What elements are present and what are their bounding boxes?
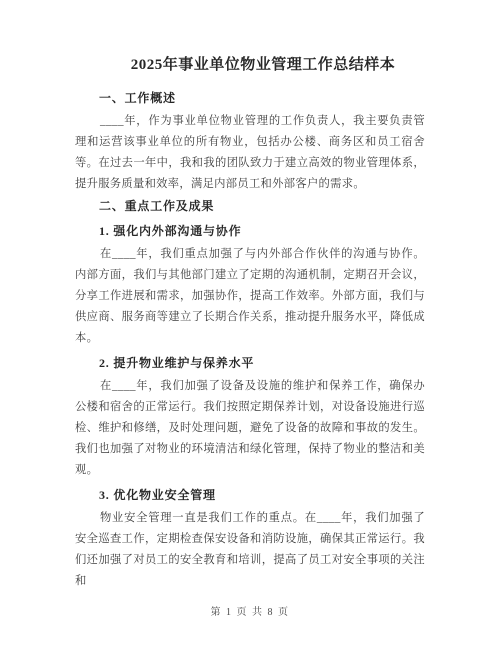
page-number-indicator: 第 1 页 共 8 页	[0, 603, 500, 618]
paragraph-subsection-2: 在____年，我们加强了设备及设施的维护和保养工作，确保办公楼和宿舍的正常运行。…	[75, 376, 425, 481]
subsection-heading-2: 2. 提升物业维护与保养水平	[75, 353, 425, 374]
subsection-heading-1: 1. 强化内外部沟通与协作	[75, 221, 425, 242]
subsection-heading-3: 3. 优化物业安全管理	[75, 485, 425, 506]
paragraph-subsection-3: 物业安全管理一直是我们工作的重点。在____年，我们加强了安全巡查工作，定期检查…	[75, 508, 425, 592]
section-heading-key-work: 二、重点工作及成果	[75, 196, 425, 217]
paragraph-overview: ____年，作为事业单位物业管理的工作负责人，我主要负责管理和运营该事业单位的所…	[75, 111, 425, 195]
section-heading-overview: 一、工作概述	[75, 88, 425, 109]
document-body: 2025年事业单位物业管理工作总结样本 一、工作概述 ____年，作为事业单位物…	[75, 55, 425, 592]
document-page: 2025年事业单位物业管理工作总结样本 一、工作概述 ____年，作为事业单位物…	[0, 0, 500, 647]
document-title: 2025年事业单位物业管理工作总结样本	[75, 55, 425, 75]
paragraph-subsection-1: 在____年，我们重点加强了与内外部合作伙伴的沟通与协作。内部方面，我们与其他部…	[75, 244, 425, 349]
